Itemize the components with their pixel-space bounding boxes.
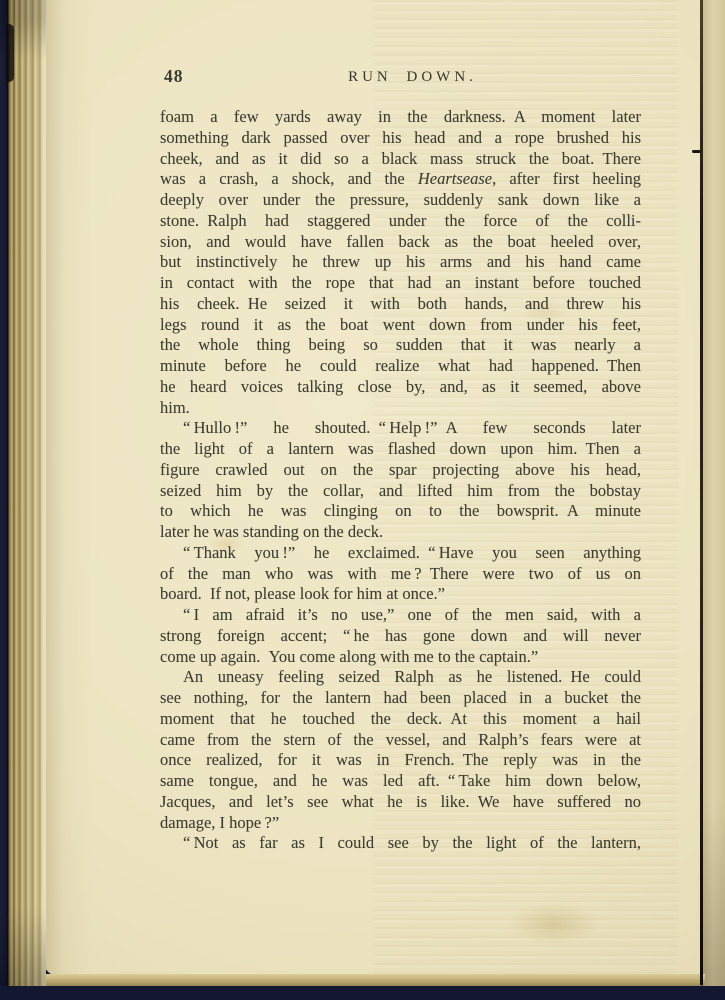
gutter-shadow xyxy=(6,24,14,82)
text-line: came from the stern of the vessel, and R… xyxy=(160,730,641,751)
text-line: something dark passed over his head and … xyxy=(160,128,641,149)
text-line: stone. Ralph had staggered under the for… xyxy=(160,211,641,232)
text-line: the light of a lantern was flashed down … xyxy=(160,439,641,460)
text-line: him. xyxy=(160,398,641,419)
seam-mark xyxy=(692,150,701,153)
text-line: deeply over under the pressure, suddenly… xyxy=(160,190,641,211)
text-line: come up again. You come along with me to… xyxy=(160,647,641,668)
text-line: later he was standing on the deck. xyxy=(160,522,641,543)
text-line: seized him by the collar, and lifted him… xyxy=(160,481,641,502)
text-line: once realized, for it was in French. The… xyxy=(160,750,641,771)
scan-background-bottom xyxy=(0,986,725,1000)
text-line: of the man who was with me ? There were … xyxy=(160,564,641,585)
text-line: was a crash, a shock, and the Heartsease… xyxy=(160,169,641,190)
text-line: legs round it as the boat went down from… xyxy=(160,315,641,336)
text-line: An uneasy feeling seized Ralph as he lis… xyxy=(160,667,641,688)
text-line: cheek, and as it did so a black mass str… xyxy=(160,149,641,170)
page-header: 48 RUN DOWN. xyxy=(160,63,641,89)
text-line: to which he was clinging on to the bowsp… xyxy=(160,501,641,522)
adjacent-page-edge xyxy=(703,0,725,1000)
text-line: strong foreign accent; “ he has gone dow… xyxy=(160,626,641,647)
text-line: in contact with the rope that had an ins… xyxy=(160,273,641,294)
text-line: “ Not as far as I could see by the light… xyxy=(160,833,641,854)
gutter-page-edges xyxy=(0,0,46,988)
text-line: same tongue, and he was led aft. “ Take … xyxy=(160,771,641,792)
text-line: Jacques, and let’s see what he is like. … xyxy=(160,792,641,813)
paragraph: “ I am afraid it’s no use,” one of the m… xyxy=(160,605,641,667)
text-line: “ I am afraid it’s no use,” one of the m… xyxy=(160,605,641,626)
text-line: sion, and would have fallen back as the … xyxy=(160,232,641,253)
text-line: he heard voices talking close by, and, a… xyxy=(160,377,641,398)
text-line: minute before he could realize what had … xyxy=(160,356,641,377)
text-line: see nothing, for the lantern had been pl… xyxy=(160,688,641,709)
text-line: his cheek. He seized it with both hands,… xyxy=(160,294,641,315)
paragraph: An uneasy feeling seized Ralph as he lis… xyxy=(160,667,641,833)
text-line: the whole thing being so sudden that it … xyxy=(160,335,641,356)
text-line: damage, I hope ?” xyxy=(160,813,641,834)
paragraph: “ Not as far as I could see by the light… xyxy=(160,833,641,854)
text-line: but instinctively he threw up his arms a… xyxy=(160,252,641,273)
paragraph: foam a few yards away in the darkness. A… xyxy=(160,107,641,418)
text-line: foam a few yards away in the darkness. A… xyxy=(160,107,641,128)
text-line: moment that he touched the deck. At this… xyxy=(160,709,641,730)
book-page-scan: 48 RUN DOWN. foam a few yards away in th… xyxy=(0,0,725,1000)
page-edge-seam xyxy=(700,0,703,985)
text-line: figure crawled out on the spar projectin… xyxy=(160,460,641,481)
paragraph: “ Hullo !” he shouted. “ Help !” A few s… xyxy=(160,418,641,543)
running-title: RUN DOWN. xyxy=(172,64,653,90)
text-block: foam a few yards away in the darkness. A… xyxy=(160,107,641,854)
text-line: “ Hullo !” he shouted. “ Help !” A few s… xyxy=(160,418,641,439)
text-line: “ Thank you !” he exclaimed. “ Have you … xyxy=(160,543,641,564)
text-line: board. If not, please look for him at on… xyxy=(160,584,641,605)
paragraph: “ Thank you !” he exclaimed. “ Have you … xyxy=(160,543,641,605)
